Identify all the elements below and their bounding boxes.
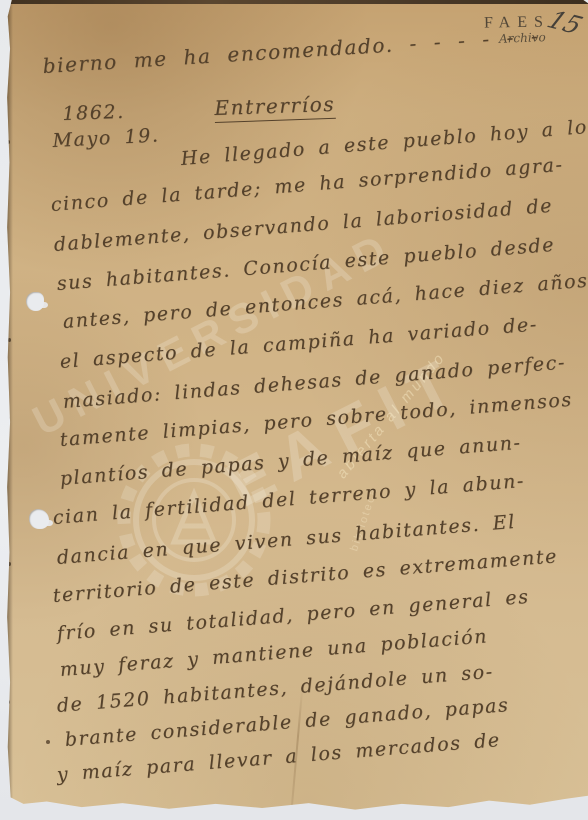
punch-hole [29,509,49,529]
handwritten-page-number: 15 [542,5,587,39]
ink-dot [46,740,50,744]
punch-hole [26,292,44,311]
handwritten-year: 1862. [62,101,125,125]
handwritten-continuation-line: bierno me ha encomendado. - - - - - - [42,24,540,78]
manuscript-page: UNIVERSIDAD EAFIT abierta al mundo bibli… [6,0,588,812]
handwritten-date: Mayo 19. [52,124,160,152]
handwritten-heading-underlined: Entrerríos [214,92,336,123]
